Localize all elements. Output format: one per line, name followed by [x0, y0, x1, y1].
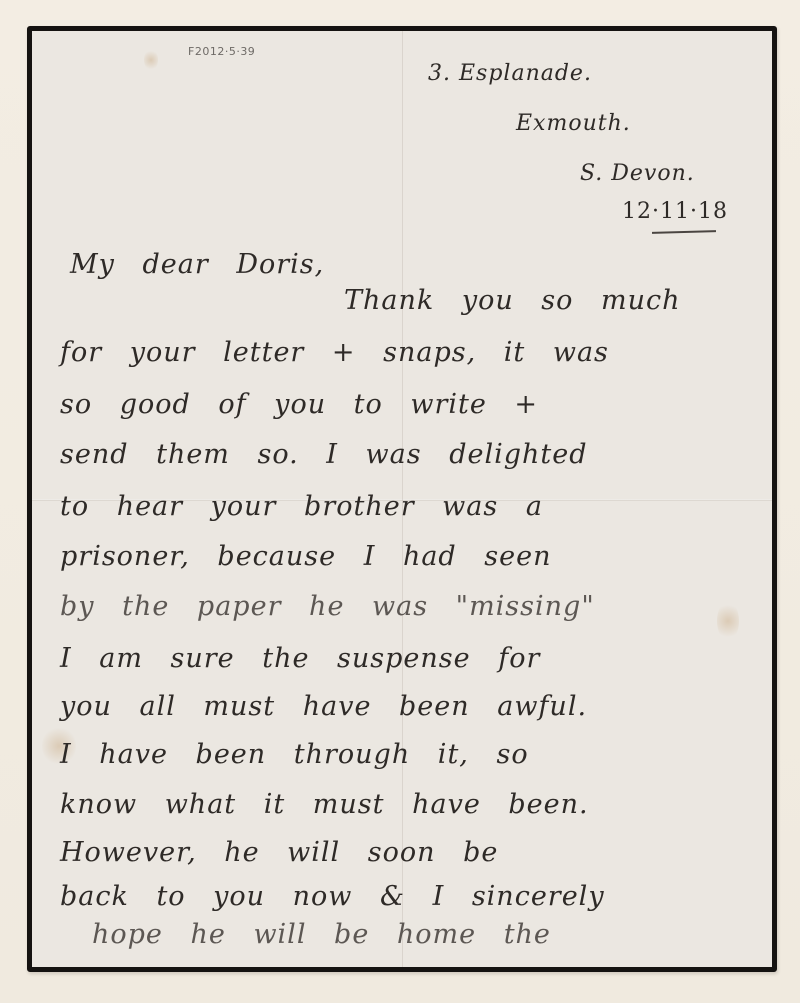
body-line: by the paper he was "missing"	[60, 591, 595, 622]
body-line: However, he will soon be	[60, 837, 498, 868]
body-line: for your letter + snaps, it was	[60, 337, 609, 368]
body-line: I have been through it, so	[60, 739, 529, 770]
salutation: My dear Doris,	[70, 249, 324, 280]
address-line-2: Exmouth.	[516, 111, 631, 136]
body-line: I am sure the suspense for	[60, 643, 540, 674]
body-line: Thank you so much	[344, 285, 681, 316]
foxing-stain	[144, 49, 158, 71]
body-line: send them so. I was delighted	[60, 439, 588, 470]
letter-sheet: F2012·5·39 3. Esplanade. Exmouth. S. Dev…	[27, 26, 777, 972]
body-line: back to you now & I sincerely	[60, 881, 605, 912]
address-line-1: 3. Esplanade.	[428, 61, 592, 86]
date-underline	[652, 230, 716, 234]
body-line: hope he will be home the	[92, 919, 551, 950]
body-line: so good of you to write +	[60, 389, 538, 420]
catalogue-number: F2012·5·39	[188, 45, 255, 58]
foxing-stain	[717, 601, 739, 641]
body-line: you all must have been awful.	[60, 691, 587, 722]
body-line: to hear your brother was a	[60, 491, 543, 522]
archival-mount: F2012·5·39 3. Esplanade. Exmouth. S. Dev…	[0, 0, 800, 1003]
letter-date: 12·11·18	[622, 199, 728, 224]
body-line: know what it must have been.	[60, 789, 589, 820]
address-line-3: S. Devon.	[580, 161, 695, 186]
body-line: prisoner, because I had seen	[60, 541, 552, 572]
